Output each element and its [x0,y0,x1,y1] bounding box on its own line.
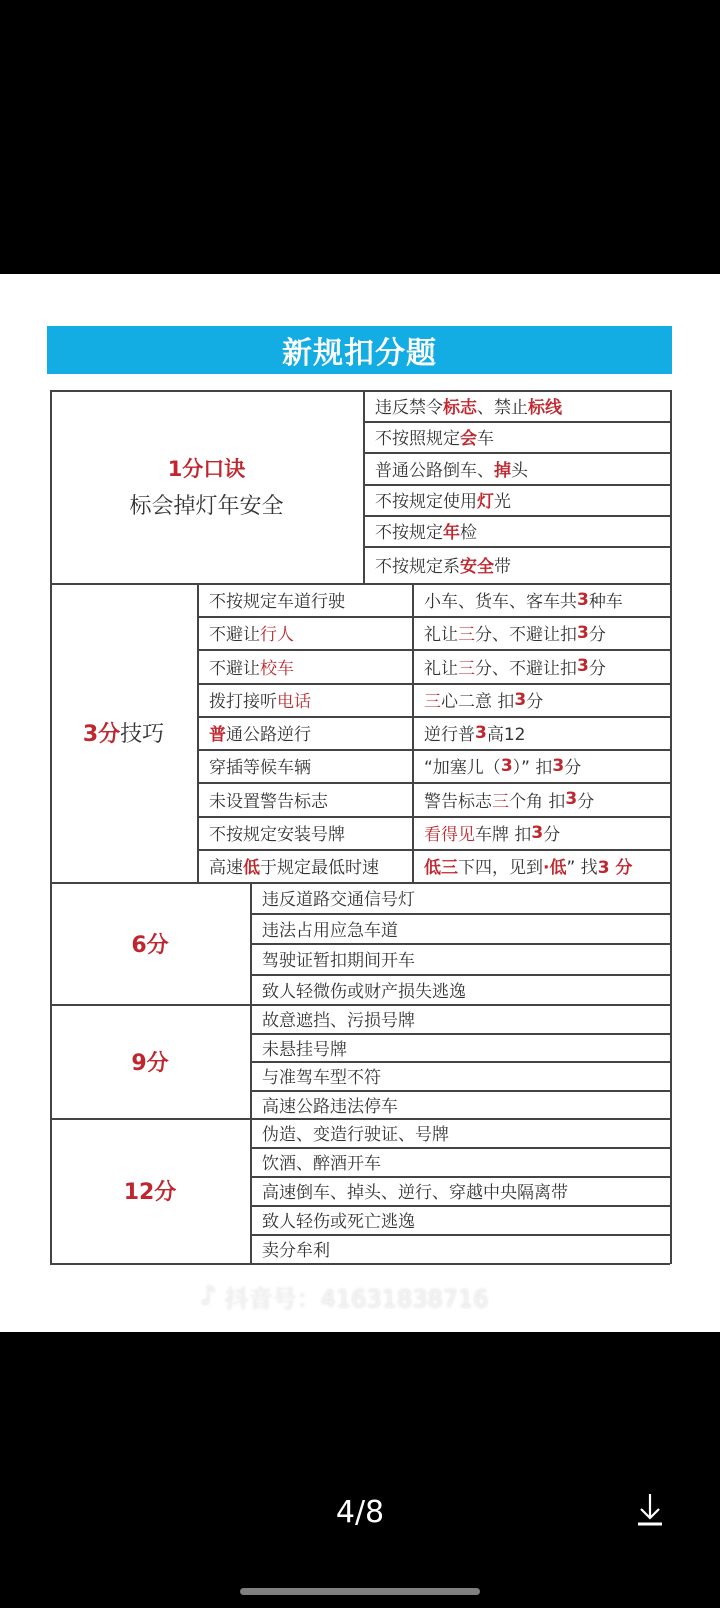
cell-text: 下四，见到 [458,853,543,878]
highlight-text: 掉 [494,456,511,481]
column-divider [670,390,672,1264]
rule-row-12pt: 致人轻伤或死亡逃逸 [252,1205,670,1234]
cell-text: 个角 扣 [509,787,565,812]
cell-text: 未设置警告标志 [209,787,328,812]
row-divider [197,816,670,818]
cell-text: 通公路逆行 [226,720,311,745]
cell-text: 普通公路倒车、 [375,456,494,481]
row-divider [250,943,670,945]
cell-text: 驾驶证暂扣期间开车 [262,946,415,971]
tip-cell-3pt: 看得见车牌 扣3分 [414,816,670,849]
rule-row-1pt: 普通公路倒车、掉头 [365,452,670,484]
cell-text: 不按照规定 [375,424,460,449]
section-label-1pt: 1分口诀标会掉灯年安全 [50,390,363,583]
cell-text: 不按规定 [375,518,443,543]
watermark: ♪ 抖音号：41631838716 [200,1276,530,1316]
rule-row-1pt: 违反禁令标志、禁止标线 [365,390,670,421]
highlight-text: 3 [552,756,564,776]
cell-text: 种车 [589,587,623,612]
cell-text: 故意遮挡、污损号牌 [262,1006,415,1031]
watermark-text: 抖音号：41631838716 [225,1279,489,1314]
highlight-text: ·低 [543,853,566,878]
highlight-text: 行人 [260,620,294,645]
download-button[interactable] [630,1490,670,1530]
cell-text: 、禁止 [477,393,528,418]
highlight-text: 3 [565,789,577,809]
section-label-9pt: 9分 [50,1004,250,1118]
cell-text: 拨打接听 [209,687,277,712]
cell-text: 逆行普 [424,720,475,745]
cell-text: 警告标志 [424,787,492,812]
cell-text: ）” 扣 [513,753,553,778]
cell-text: 高速倒车、掉头、逆行、穿越中央隔离带 [262,1178,568,1203]
page-counter: 4/8 [0,1495,720,1530]
rule-row-12pt: 卖分牟利 [252,1234,670,1263]
section-subtitle-3pt: 技巧 [120,717,164,748]
section-title-3pt: 3分 [83,717,120,748]
cell-text: 违反道路交通信号灯 [262,885,415,910]
tip-cell-3pt: 低三下四，见到·低” 找3 分 [414,849,670,882]
cell-text: 不按规定系 [375,552,460,577]
cell-text: 小车、货车、客车共 [424,587,577,612]
highlight-text: 标线 [528,393,562,418]
tip-cell-3pt: “加塞儿（3）” 扣3分 [414,749,670,782]
rule-row-6pt: 违反道路交通信号灯 [252,882,670,913]
cell-text: 检 [460,518,477,543]
cell-text: 分 [589,620,606,645]
row-divider [250,1033,670,1035]
highlight-text: 低三 [424,853,458,878]
highlight-text: 3 [514,690,526,710]
highlight-text: 校车 [260,654,294,679]
image-viewer[interactable]: 新规扣分题 违反禁令标志、禁止标线不按照规定会车普通公路倒车、掉头不按规定使用灯… [0,274,720,1332]
cell-text: 不避让 [209,620,260,645]
highlight-text: 3 [577,656,589,676]
cell-text: 不按规定车道行驶 [209,587,345,612]
highlight-text: 3 [475,723,487,743]
violation-cell-3pt: 不避让校车 [199,649,412,683]
violation-cell-3pt: 普通公路逆行 [199,716,412,749]
row-divider [197,749,670,751]
row-divider [363,546,670,548]
highlight-text: 3 [501,756,513,776]
highlight-text: 3 [577,590,589,610]
rule-row-1pt: 不按照规定会车 [365,421,670,452]
rule-row-9pt: 故意遮挡、污损号牌 [252,1004,670,1033]
cell-text: 心二意 扣 [441,687,514,712]
download-icon [630,1490,670,1530]
cell-text: 分 [543,820,560,845]
rule-row-1pt: 不按规定使用灯光 [365,484,670,515]
cell-text: 高速 [209,853,243,878]
row-divider [250,1234,670,1236]
cell-text: 分 [526,687,543,712]
cell-text: 饮酒、醉酒开车 [262,1149,381,1174]
cell-text: 于规定最低时速 [260,853,379,878]
row-divider [197,616,670,618]
row-divider [363,515,670,517]
highlight-text: 三 [492,787,509,812]
cell-text: 未悬挂号牌 [262,1035,347,1060]
cell-text: 礼让 [424,654,458,679]
tip-cell-3pt: 逆行普3高12 [414,716,670,749]
row-divider [197,849,670,851]
highlight-text: 电话 [277,687,311,712]
tip-cell-3pt: 警告标志三个角 扣3分 [414,782,670,816]
cell-text: 与准驾车型不符 [262,1063,381,1088]
rule-row-1pt: 不按规定系安全带 [365,546,670,583]
row-divider [363,452,670,454]
row-divider [250,1147,670,1149]
cell-text: 头 [511,456,528,481]
deduction-table: 违反禁令标志、禁止标线不按照规定会车普通公路倒车、掉头不按规定使用灯光不按规定年… [0,274,720,1332]
cell-text: ” 找 [566,853,597,878]
highlight-text: 3 分 [598,853,633,878]
row-divider [197,782,670,784]
rule-row-1pt: 不按规定年检 [365,515,670,546]
violation-cell-3pt: 拨打接听电话 [199,683,412,716]
highlight-text: 3 [577,623,589,643]
highlight-text: 安全 [460,552,494,577]
highlight-text: 三 [458,620,475,645]
highlight-text: 标志 [443,393,477,418]
cell-text: 分 [577,787,594,812]
rule-row-6pt: 致人轻微伤或财产损失逃逸 [252,974,670,1004]
row-divider [197,649,670,651]
tiktok-note-icon: ♪ [200,1281,217,1311]
row-divider [363,484,670,486]
violation-cell-3pt: 穿插等候车辆 [199,749,412,782]
row-divider [250,1090,670,1092]
violation-cell-3pt: 不按规定车道行驶 [199,583,412,616]
row-divider [197,716,670,718]
rule-row-12pt: 伪造、变造行驶证、号牌 [252,1118,670,1147]
section-label-3pt: 3分技巧 [50,583,197,882]
cell-text: 致人轻微伤或财产损失逃逸 [262,977,466,1002]
highlight-text: 三 [424,687,441,712]
rule-row-9pt: 高速公路违法停车 [252,1090,670,1118]
violation-cell-3pt: 不避让行人 [199,616,412,649]
row-divider [363,421,670,423]
highlight-text: 普 [209,720,226,745]
section-title-1pt: 1分口诀 [168,453,246,483]
row-divider [250,974,670,976]
cell-text: 车 [477,424,494,449]
cell-text: 不按规定安装号牌 [209,820,345,845]
cell-text: 致人轻伤或死亡逃逸 [262,1207,415,1232]
cell-text: 违反禁令 [375,393,443,418]
rule-row-6pt: 驾驶证暂扣期间开车 [252,943,670,974]
cell-text: 不避让 [209,654,260,679]
cell-text: 光 [494,487,511,512]
cell-text: “加塞儿（ [424,753,501,778]
highlight-text: 会 [460,424,477,449]
violation-cell-3pt: 未设置警告标志 [199,782,412,816]
row-divider [250,913,670,915]
section-label-12pt: 12分 [50,1118,250,1263]
cell-text: 分、不避让扣 [475,654,577,679]
rule-row-9pt: 与准驾车型不符 [252,1061,670,1090]
section-label-6pt: 6分 [50,882,250,1004]
highlight-text: 灯 [477,487,494,512]
violation-cell-3pt: 高速低于规定最低时速 [199,849,412,882]
cell-text: 高速公路违法停车 [262,1092,398,1117]
rule-row-12pt: 饮酒、醉酒开车 [252,1147,670,1176]
cell-text: 礼让 [424,620,458,645]
row-divider [250,1205,670,1207]
highlight-text: 看得见 [424,820,475,845]
row-divider [250,1176,670,1178]
cell-text: 高12 [487,720,526,745]
violation-cell-3pt: 不按规定安装号牌 [199,816,412,849]
rule-row-9pt: 未悬挂号牌 [252,1033,670,1061]
row-divider [197,683,670,685]
cell-text: 穿插等候车辆 [209,753,311,778]
tip-cell-3pt: 三心二意 扣3分 [414,683,670,716]
cell-text: 不按规定使用 [375,487,477,512]
cell-text: 分 [589,654,606,679]
cell-text: 分、不避让扣 [475,620,577,645]
mnemonic-1pt: 标会掉灯年安全 [129,489,283,520]
cell-text: 违法占用应急车道 [262,916,398,941]
cell-text: 带 [494,552,511,577]
tip-cell-3pt: 礼让三分、不避让扣3分 [414,649,670,683]
cell-text: 分 [564,753,581,778]
highlight-text: 低 [243,853,260,878]
highlight-text: 三 [458,654,475,679]
cell-text: 伪造、变造行驶证、号牌 [262,1120,449,1145]
row-divider [50,1263,670,1265]
cell-text: 车牌 扣 [475,820,531,845]
cell-text: 卖分牟利 [262,1236,330,1261]
highlight-text: 年 [443,518,460,543]
tip-cell-3pt: 小车、货车、客车共3种车 [414,583,670,616]
tip-cell-3pt: 礼让三分、不避让扣3分 [414,616,670,649]
row-divider [250,1061,670,1063]
rule-row-6pt: 违法占用应急车道 [252,913,670,943]
rule-row-12pt: 高速倒车、掉头、逆行、穿越中央隔离带 [252,1176,670,1205]
highlight-text: 3 [531,823,543,843]
home-indicator[interactable] [240,1588,480,1595]
